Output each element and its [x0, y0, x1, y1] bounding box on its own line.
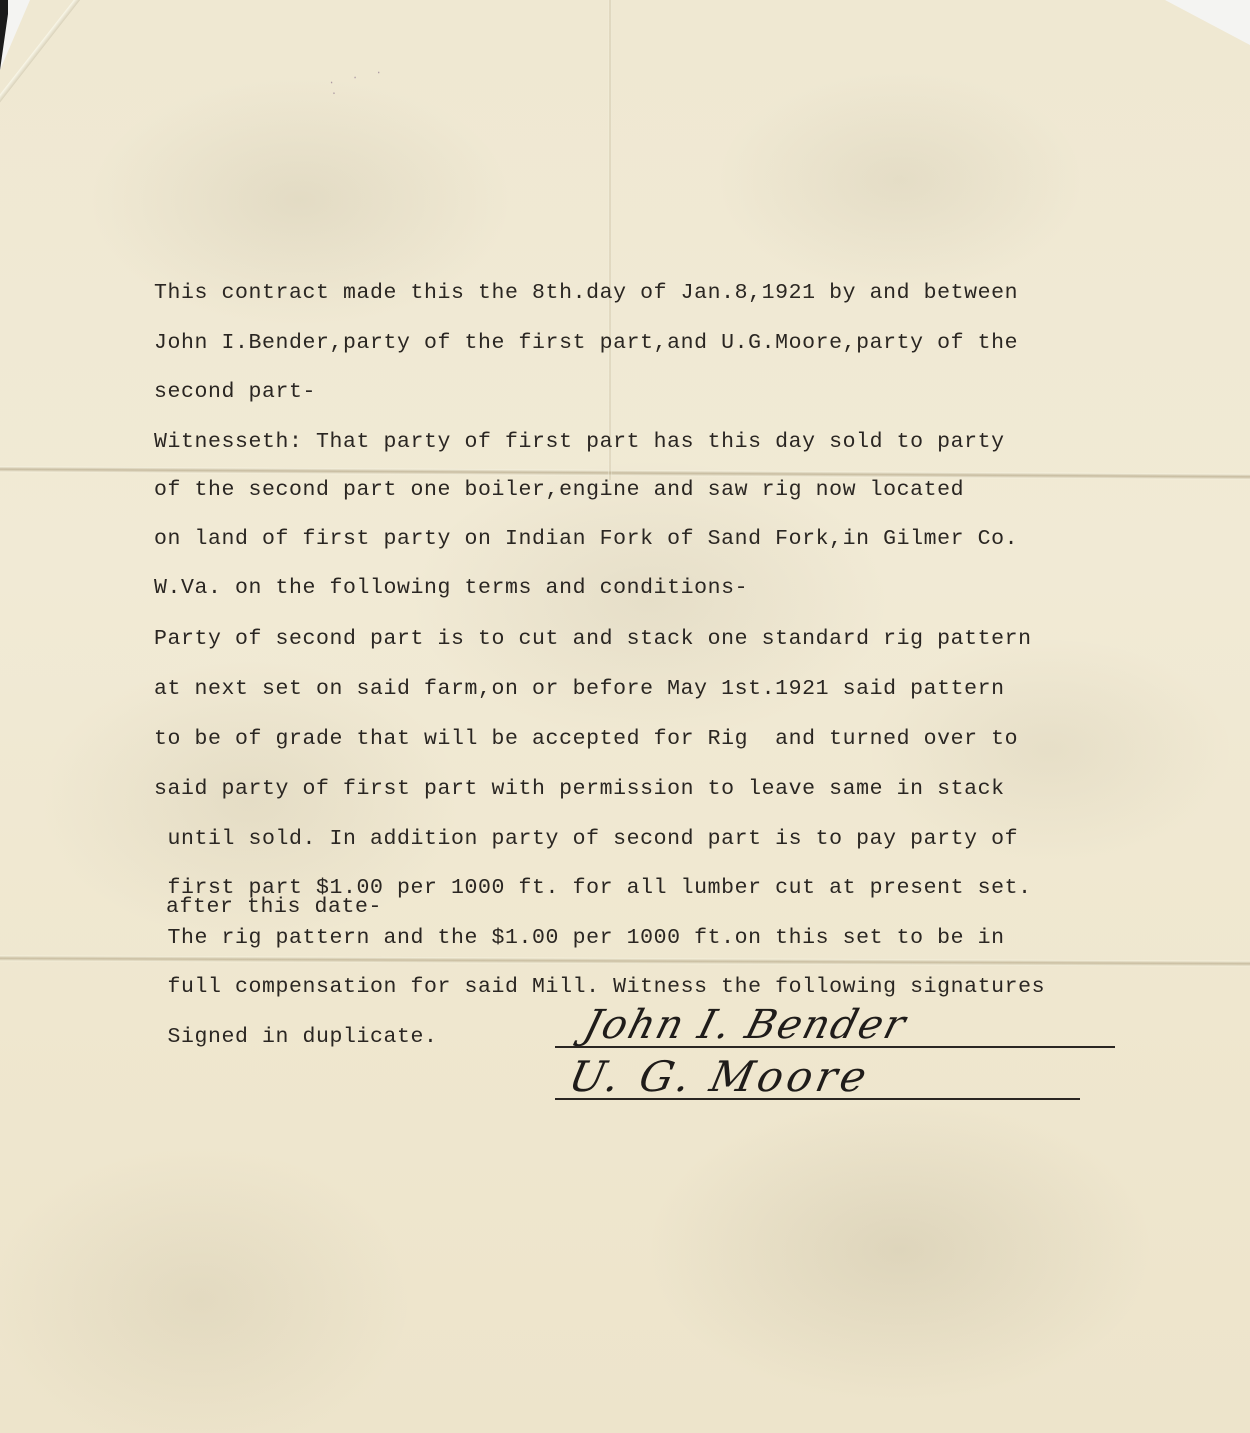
contract-line-12: until sold. In addition party of second …: [154, 824, 1018, 854]
contract-line-insert: after this date-: [166, 892, 382, 922]
contract-line-15: full compensation for said Mill. Witness…: [154, 972, 1045, 1002]
contract-line-8: Party of second part is to cut and stack…: [154, 624, 1032, 654]
contract-line-7: W.Va. on the following terms and conditi…: [154, 573, 748, 603]
document-canvas: · · · · This contract made this the 8th.…: [0, 0, 1250, 1433]
paper-sheet: [0, 0, 1250, 1433]
signature-line-1: [555, 1046, 1115, 1048]
contract-line-16: Signed in duplicate.: [154, 1022, 438, 1052]
contract-line-5: of the second part one boiler,engine and…: [154, 475, 964, 505]
signature-bender: John I. Bender: [579, 1002, 912, 1048]
contract-line-14: The rig pattern and the $1.00 per 1000 f…: [154, 923, 1005, 953]
contract-line-2: John I.Bender,party of the first part,an…: [154, 328, 1018, 358]
signature-line-2: [555, 1098, 1080, 1100]
signature-block: John I. Bender U. G. Moore: [555, 1000, 1145, 1110]
signature-moore: U. G. Moore: [565, 1052, 875, 1101]
contract-line-6: on land of first party on Indian Fork of…: [154, 524, 1018, 554]
contract-line-11: said party of first part with permission…: [154, 774, 1005, 804]
contract-line-9: at next set on said farm,on or before Ma…: [154, 674, 1005, 704]
contract-line-3: second part-: [154, 377, 316, 407]
contract-line-4: Witnesseth: That party of first part has…: [154, 427, 1005, 457]
contract-line-10: to be of grade that will be accepted for…: [154, 724, 1018, 754]
contract-line-1: This contract made this the 8th.day of J…: [154, 278, 1018, 308]
